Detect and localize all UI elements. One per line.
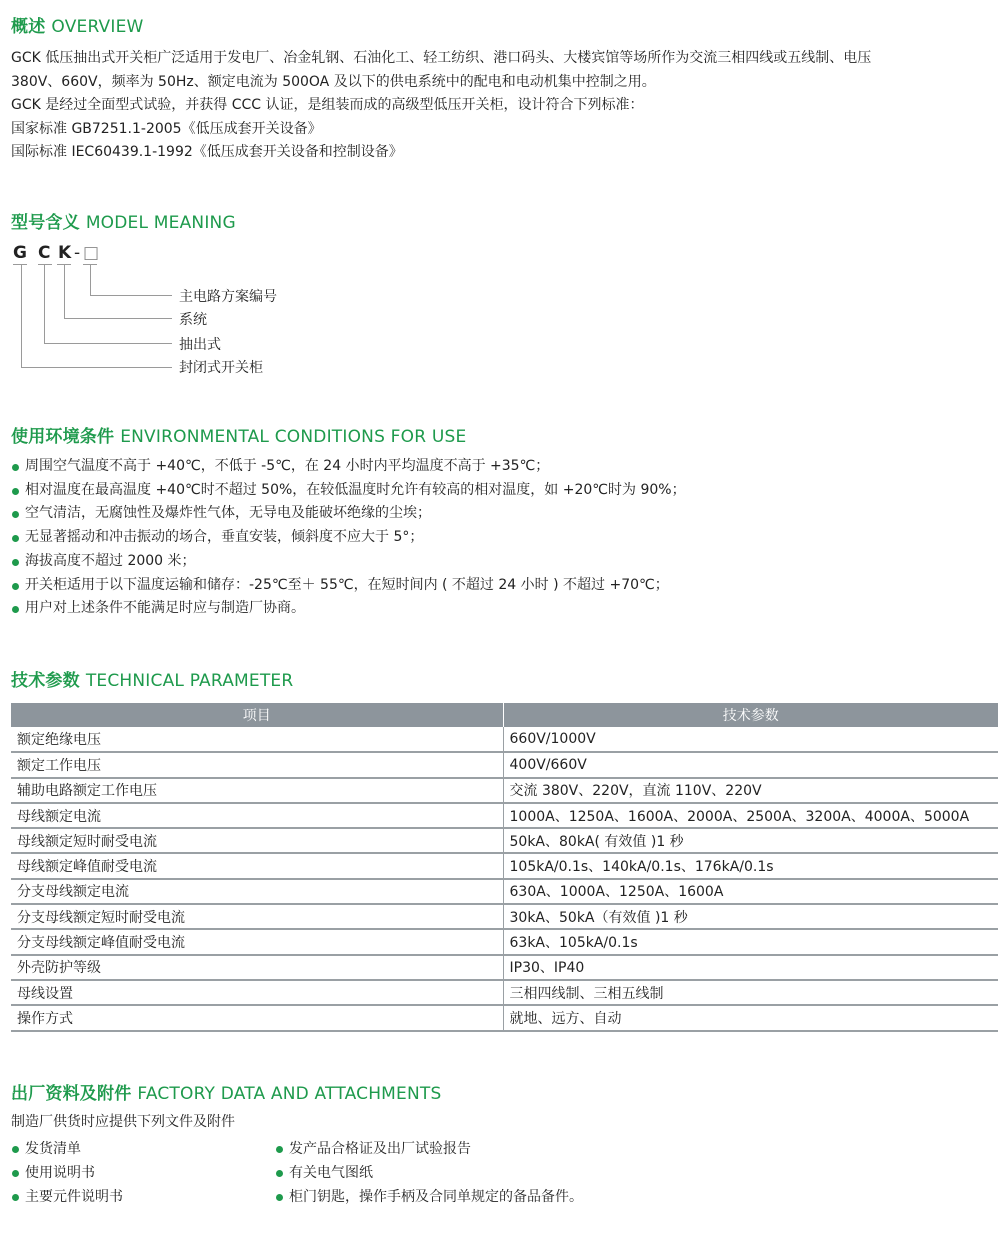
bullet-icon (12, 559, 19, 566)
overview-title: 概述OVERVIEW (11, 12, 144, 37)
connector-c-horizontal (44, 343, 172, 344)
bullet-icon (12, 511, 19, 518)
technical-title-en: TECHNICAL PARAMETER (86, 671, 294, 691)
list-item: 使用说明书 (11, 1161, 123, 1185)
bullet-icon (276, 1146, 283, 1153)
technical-title: 技术参数TECHNICAL PARAMETER (11, 666, 293, 691)
model-label-drawout: 抽出式 (179, 334, 221, 354)
model-dash: - (74, 243, 80, 263)
bullet-icon (12, 464, 19, 471)
model-box-icon: □ (83, 243, 99, 263)
connector-g-vertical (21, 265, 22, 367)
overview-line: GCK 是经过全面型式试验，并获得 CCC 认证，是组装而成的高级型低压开关柜，… (11, 94, 871, 118)
table-row: 母线设置三相四线制、三相五线制 (11, 980, 998, 1005)
factory-list-left: 发货清单 使用说明书 主要元件说明书 (11, 1137, 123, 1209)
connector-g-horizontal (21, 367, 172, 368)
bullet-icon (12, 1146, 19, 1153)
environment-title-en: ENVIRONMENTAL CONDITIONS FOR USE (120, 427, 466, 447)
model-meaning-title-zh: 型号含义 (11, 213, 80, 233)
list-item: 主要元件说明书 (11, 1185, 123, 1209)
connector-box-vertical (90, 265, 91, 295)
environment-title-zh: 使用环境条件 (11, 427, 114, 447)
factory-title: 出厂资料及附件FACTORY DATA AND ATTACHMENTS (11, 1079, 442, 1104)
overview-paragraph: GCK 低压抽出式开关柜广泛适用于发电厂、冶金轧钢、石油化工、轻工纺织、港口码头… (11, 47, 871, 165)
table-row: 分支母线额定短时耐受电流30kA、50kA（有效值 )1 秒 (11, 904, 998, 929)
model-letter-g: G (13, 243, 27, 263)
model-letter-c: C (38, 243, 50, 263)
list-item: 周围空气温度不高于 +40℃，不低于 -5℃，在 24 小时内平均温度不高于 +… (11, 455, 686, 479)
table-row: 母线额定峰值耐受电流105kA/0.1s、140kA/0.1s、176kA/0.… (11, 853, 998, 878)
table-row: 母线额定电流1000A、1250A、1600A、2000A、2500A、3200… (11, 803, 998, 828)
factory-list-right: 发产品合格证及出厂试验报告 有关电气图纸 柜门钥匙，操作手柄及合同单规定的备品备… (275, 1137, 583, 1209)
list-item: 相对温度在最高温度 +40℃时不超过 50%，在较低温度时允许有较高的相对温度，… (11, 479, 686, 503)
factory-intro: 制造厂供货时应提供下列文件及附件 (11, 1111, 235, 1135)
underline-g (13, 264, 27, 265)
technical-parameter-table: 项目 技术参数 额定绝缘电压660V/1000V 额定工作电压400V/660V… (11, 703, 998, 1032)
list-item: 用户对上述条件不能满足时应与制造厂协商。 (11, 597, 686, 621)
header-item: 项目 (11, 703, 503, 727)
table-row: 外壳防护等级IP30、IP40 (11, 955, 998, 980)
header-parameter: 技术参数 (503, 703, 998, 727)
overview-line: 380V、660V，频率为 50Hz、额定电流为 500OA 及以下的供电系统中… (11, 71, 871, 95)
table-row: 额定绝缘电压660V/1000V (11, 727, 998, 752)
table-row: 母线额定短时耐受电流50kA、80kA( 有效值 )1 秒 (11, 828, 998, 853)
list-item: 有关电气图纸 (275, 1161, 583, 1185)
overview-line: 国际标准 IEC60439.1-1992《低压成套开关设备和控制设备》 (11, 141, 871, 165)
overview-line: GCK 低压抽出式开关柜广泛适用于发电厂、冶金轧钢、石油化工、轻工纺织、港口码头… (11, 47, 871, 71)
list-item: 无显著摇动和冲击振动的场合，垂直安装，倾斜度不应大于 5°； (11, 526, 686, 550)
list-item: 柜门钥匙，操作手柄及合同单规定的备品备件。 (275, 1185, 583, 1209)
list-item: 开关柜适用于以下温度运输和储存：-25℃至＋ 55℃，在短时间内 ( 不超过 2… (11, 574, 686, 598)
model-label-enclosed: 封闭式开关柜 (179, 357, 263, 377)
factory-title-en: FACTORY DATA AND ATTACHMENTS (137, 1084, 441, 1104)
environment-title: 使用环境条件ENVIRONMENTAL CONDITIONS FOR USE (11, 422, 466, 447)
overview-line: 国家标准 GB7251.1-2005《低压成套开关设备》 (11, 118, 871, 142)
list-item: 空气清洁，无腐蚀性及爆炸性气体，无导电及能破坏绝缘的尘埃； (11, 502, 686, 526)
bullet-icon (12, 583, 19, 590)
bullet-icon (276, 1194, 283, 1201)
bullet-icon (12, 1170, 19, 1177)
bullet-icon (12, 606, 19, 613)
model-letter-k: K (58, 243, 71, 263)
overview-title-zh: 概述 (11, 17, 45, 37)
table-row: 操作方式就地、远方、自动 (11, 1005, 998, 1030)
list-item: 海拔高度不超过 2000 米； (11, 550, 686, 574)
table-row: 分支母线额定电流630A、1000A、1250A、1600A (11, 879, 998, 904)
table-header-row: 项目 技术参数 (11, 703, 998, 727)
table-row: 分支母线额定峰值耐受电流63kA、105kA/0.1s (11, 929, 998, 954)
model-label-system: 系统 (179, 309, 207, 329)
bullet-icon (12, 488, 19, 495)
underline-c (38, 264, 52, 265)
connector-k-vertical (64, 265, 65, 318)
table-row: 辅助电路额定工作电压交流 380V、220V，直流 110V、220V (11, 778, 998, 803)
connector-box-horizontal (90, 295, 172, 296)
connector-k-horizontal (64, 318, 172, 319)
model-meaning-title-en: MODEL MEANING (86, 213, 236, 233)
bullet-icon (276, 1170, 283, 1177)
overview-title-en: OVERVIEW (51, 17, 143, 37)
model-label-scheme: 主电路方案编号 (179, 286, 277, 306)
list-item: 发产品合格证及出厂试验报告 (275, 1137, 583, 1161)
environment-list: 周围空气温度不高于 +40℃，不低于 -5℃，在 24 小时内平均温度不高于 +… (11, 455, 686, 621)
table-row: 额定工作电压400V/660V (11, 752, 998, 777)
connector-c-vertical (44, 265, 45, 343)
technical-title-zh: 技术参数 (11, 671, 80, 691)
bullet-icon (12, 535, 19, 542)
list-item: 发货清单 (11, 1137, 123, 1161)
factory-title-zh: 出厂资料及附件 (11, 1084, 131, 1104)
model-meaning-title: 型号含义MODEL MEANING (11, 208, 236, 233)
bullet-icon (12, 1194, 19, 1201)
